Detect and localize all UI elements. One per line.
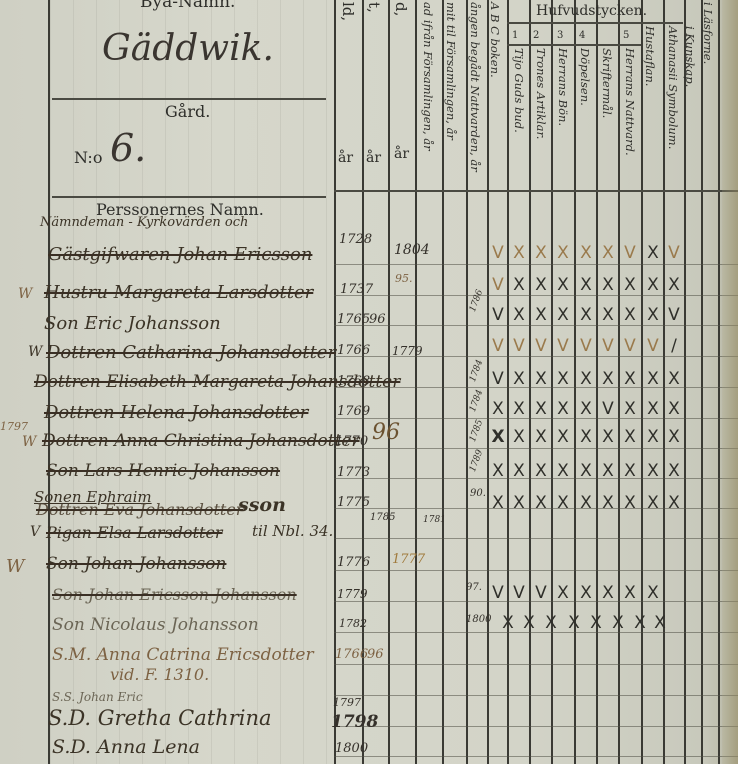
mark: X bbox=[663, 428, 685, 446]
person-name: S.S. Johan Eric bbox=[52, 690, 143, 704]
header-communion: ången begådt Nattvarden, år bbox=[468, 2, 482, 172]
born-year: 1737 bbox=[340, 282, 373, 297]
mark: X bbox=[552, 428, 574, 446]
mark: X bbox=[642, 494, 664, 512]
farm-number-prefix: N:o bbox=[74, 148, 102, 167]
row-line bbox=[334, 538, 738, 539]
abc-year: 1786 bbox=[468, 288, 485, 313]
header-lords-prayer: Herrans Bön. bbox=[556, 48, 570, 126]
abc-year: 90. bbox=[470, 488, 486, 499]
mark: X bbox=[663, 370, 685, 388]
person-name-suffix: sson bbox=[238, 494, 286, 516]
born-year: 1768 bbox=[337, 374, 370, 389]
person-name: Dottren Anna Christina Johansdotter bbox=[42, 431, 360, 451]
row-line bbox=[334, 695, 738, 696]
mark: X bbox=[619, 276, 641, 294]
main-part-number-2: 2 bbox=[533, 30, 539, 41]
col2-value: 96 bbox=[367, 647, 384, 662]
mark: X bbox=[597, 428, 619, 446]
header-athanasian: Athanasii Symbolum. bbox=[666, 26, 680, 149]
person-reference: vid. F. 1310. bbox=[110, 665, 209, 684]
person-name-overwritten: Dottren Eva Johansdotter bbox=[36, 500, 243, 519]
born-year: 1773 bbox=[337, 465, 370, 480]
mark: / bbox=[663, 337, 685, 355]
mark: V bbox=[487, 337, 509, 355]
row-line bbox=[334, 325, 738, 326]
mark: V bbox=[552, 337, 574, 355]
person-name: Pigan Elsa Larsdotter bbox=[46, 523, 223, 542]
village-divider bbox=[52, 98, 326, 100]
mark: X bbox=[663, 400, 685, 418]
mark: X bbox=[619, 462, 641, 480]
person-name: S.D. Gretha Cathrina bbox=[48, 706, 272, 730]
mark: X bbox=[585, 614, 607, 632]
born-year: 1800 bbox=[335, 741, 368, 756]
mark: V bbox=[487, 306, 509, 324]
mark: X bbox=[508, 276, 530, 294]
header-bottom-line bbox=[334, 190, 738, 192]
communion-year: 1781 bbox=[423, 515, 446, 525]
mark: V bbox=[487, 584, 509, 602]
col2-value: 1785 bbox=[370, 512, 395, 523]
born-year: 1769 bbox=[337, 404, 370, 419]
margin-mark: W bbox=[28, 344, 42, 360]
mark: X bbox=[575, 276, 597, 294]
mark: X bbox=[597, 370, 619, 388]
mark: V bbox=[487, 244, 509, 262]
mark: V bbox=[530, 584, 552, 602]
mark: X bbox=[642, 428, 664, 446]
born-year: 1770 bbox=[335, 434, 368, 449]
mark: X bbox=[629, 614, 651, 632]
mark: X bbox=[575, 584, 597, 602]
margin-mark: W bbox=[18, 286, 32, 302]
mark: X bbox=[619, 306, 641, 324]
mark: X bbox=[508, 428, 530, 446]
header-main-parts-group: Hufvudstycken. bbox=[536, 3, 647, 19]
mark: V bbox=[663, 244, 685, 262]
main-part-number-1: 1 bbox=[512, 30, 518, 41]
mark: X bbox=[642, 276, 664, 294]
farm-label: Gård. bbox=[165, 102, 210, 121]
mark: X bbox=[530, 370, 552, 388]
mark: X bbox=[530, 400, 552, 418]
margin-mark: W bbox=[6, 556, 25, 577]
mark: X bbox=[552, 276, 574, 294]
year-unit-3: år bbox=[394, 146, 409, 162]
main-part-number-3: 3 bbox=[557, 30, 563, 41]
mark: X bbox=[530, 306, 552, 324]
mark: V bbox=[663, 306, 685, 324]
person-name: Dottren Catharina Johansdotter bbox=[46, 342, 336, 363]
header-baptism: Döpelsen. bbox=[578, 48, 592, 106]
mark: X bbox=[619, 400, 641, 418]
mark: X bbox=[575, 462, 597, 480]
person-name: Hustru Margareta Larsdotter bbox=[44, 282, 313, 303]
mark: V bbox=[642, 337, 664, 355]
mark: X bbox=[642, 584, 664, 602]
mark: X bbox=[619, 584, 641, 602]
mark: X bbox=[575, 370, 597, 388]
mark: X bbox=[575, 400, 597, 418]
mark: V bbox=[487, 370, 509, 388]
mark: X bbox=[487, 428, 509, 446]
header-hustavlan: Hustaflan. bbox=[643, 26, 657, 86]
row-line bbox=[334, 295, 738, 296]
mark: X bbox=[597, 276, 619, 294]
mark: V bbox=[597, 337, 619, 355]
year-unit-2: år bbox=[366, 150, 381, 166]
mark: X bbox=[575, 306, 597, 324]
mark: X bbox=[552, 584, 574, 602]
farm-divider bbox=[52, 196, 326, 198]
person-name: Son Lars Henric Johansson bbox=[46, 461, 280, 481]
mark: X bbox=[497, 614, 519, 632]
mark: X bbox=[540, 614, 562, 632]
born-year: 1797 bbox=[333, 696, 361, 709]
mark: X bbox=[530, 494, 552, 512]
mark: X bbox=[649, 614, 671, 632]
abc-year: 1789 bbox=[468, 448, 485, 473]
person-name: S.D. Anna Lena bbox=[52, 736, 200, 758]
header-moved-in: mit til Församlingen, år bbox=[444, 2, 458, 140]
year-unit-1: år bbox=[338, 150, 353, 166]
col-line bbox=[701, 0, 703, 764]
page-edge bbox=[722, 0, 738, 764]
mark: X bbox=[663, 494, 685, 512]
mark: X bbox=[530, 276, 552, 294]
mark: X bbox=[597, 462, 619, 480]
abc-year: 1785 bbox=[468, 418, 485, 443]
col-line bbox=[415, 0, 417, 764]
mark: X bbox=[619, 494, 641, 512]
born-year: 1776 bbox=[337, 555, 370, 570]
mark: X bbox=[518, 614, 540, 632]
person-name: S.M. Anna Catrina Ericsdotter bbox=[52, 645, 314, 665]
person-name: Son Eric Johansson bbox=[44, 313, 221, 334]
born-year: 1775 bbox=[337, 495, 370, 510]
header-abc-book: A B C boken. bbox=[488, 2, 502, 78]
header-commandments: Tijo Guds bud. bbox=[512, 48, 526, 133]
abc-year: 1784 bbox=[468, 388, 485, 413]
mark: X bbox=[508, 306, 530, 324]
mark: X bbox=[597, 494, 619, 512]
mark: X bbox=[552, 244, 574, 262]
mark: X bbox=[597, 584, 619, 602]
header-col2-partial: t, bbox=[365, 2, 383, 13]
mark: X bbox=[597, 306, 619, 324]
mark: V bbox=[508, 584, 530, 602]
mark: X bbox=[508, 462, 530, 480]
mark: X bbox=[552, 306, 574, 324]
village-label: Bya-Namn. bbox=[140, 0, 235, 12]
row-line bbox=[334, 664, 738, 665]
mark: X bbox=[552, 462, 574, 480]
main-parts-group-line bbox=[507, 22, 683, 24]
mark: X bbox=[563, 614, 585, 632]
born-year: 1766 bbox=[335, 647, 368, 662]
moved-out-year: 1804 bbox=[394, 242, 430, 258]
row-line bbox=[334, 632, 738, 633]
mark: X bbox=[619, 428, 641, 446]
row-line bbox=[334, 448, 738, 449]
abc-year: 1800 bbox=[466, 614, 491, 625]
header-col3-partial: d, bbox=[392, 2, 410, 16]
mark: X bbox=[642, 370, 664, 388]
mark: X bbox=[663, 462, 685, 480]
header-born-partial: ld, bbox=[339, 2, 357, 21]
col2-value: 96 bbox=[369, 312, 386, 327]
col2-value: 95. bbox=[395, 272, 413, 285]
abc-year: 1784 bbox=[468, 358, 485, 383]
main-part-number-4: 4 bbox=[579, 30, 585, 41]
main-parts-number-line bbox=[507, 44, 641, 46]
mark: X bbox=[552, 400, 574, 418]
header-communion-part: Herrans Nattvard. bbox=[623, 48, 637, 156]
mark: X bbox=[642, 400, 664, 418]
mark: X bbox=[607, 614, 629, 632]
born-year: 1765 bbox=[337, 312, 370, 327]
mark: X bbox=[642, 244, 664, 262]
mark: X bbox=[530, 428, 552, 446]
mark: V bbox=[508, 337, 530, 355]
mark: X bbox=[575, 494, 597, 512]
person-name: Son Nicolaus Johansson bbox=[52, 615, 259, 635]
margin-year: 1797 bbox=[0, 420, 28, 433]
header-moved-out: ad ifrån Församlingen, år bbox=[421, 2, 435, 151]
register-page: Bya-Namn. Gäddwik. Gård. N:o 6. Perssone… bbox=[0, 0, 738, 764]
mark: V bbox=[619, 244, 641, 262]
mark: X bbox=[552, 370, 574, 388]
village-name: Gäddwik. bbox=[102, 28, 274, 69]
farm-number: 6. bbox=[110, 126, 146, 170]
col3-value: 1779 bbox=[392, 344, 423, 358]
mark: X bbox=[508, 244, 530, 262]
abc-year: 97. bbox=[466, 582, 482, 593]
born-year: 1782 bbox=[339, 617, 367, 630]
header-creed: Trones Artiklar. bbox=[534, 48, 548, 139]
row-line bbox=[334, 726, 738, 727]
header-confession: Skriftermål. bbox=[600, 48, 614, 118]
mark: X bbox=[487, 494, 509, 512]
person-name: Gästgifwaren Johan Ericsson bbox=[48, 244, 312, 265]
main-part-number-5: 5 bbox=[623, 30, 629, 41]
mark: X bbox=[575, 428, 597, 446]
mark: V bbox=[575, 337, 597, 355]
margin-mark: W bbox=[22, 434, 36, 450]
born-year: 1779 bbox=[337, 587, 368, 601]
born-year: 1766 bbox=[337, 343, 370, 358]
mark: X bbox=[508, 494, 530, 512]
mark: X bbox=[487, 462, 509, 480]
mark: X bbox=[642, 306, 664, 324]
mark: X bbox=[575, 244, 597, 262]
mark: V bbox=[619, 337, 641, 355]
mark: X bbox=[597, 244, 619, 262]
col-line bbox=[718, 0, 720, 764]
col2-value: 96 bbox=[372, 420, 400, 445]
mark: X bbox=[530, 244, 552, 262]
header-knowledge: i Kunskap. bbox=[683, 26, 697, 87]
person-note: til Nbl. 34. bbox=[252, 522, 333, 540]
mark: X bbox=[642, 462, 664, 480]
mark: V bbox=[597, 400, 619, 418]
header-reading: i Läsforne. bbox=[701, 2, 715, 64]
col3-value: 1777 bbox=[392, 552, 425, 567]
row-line bbox=[334, 264, 738, 265]
born-year: 1728 bbox=[339, 232, 372, 247]
born-year: 1798 bbox=[331, 712, 378, 732]
person-name: Son Johan Johansson bbox=[46, 554, 226, 574]
row-line bbox=[334, 570, 738, 571]
row-line bbox=[334, 756, 738, 757]
mark: X bbox=[619, 370, 641, 388]
mark: X bbox=[530, 462, 552, 480]
mark: X bbox=[487, 400, 509, 418]
mark: X bbox=[508, 400, 530, 418]
person-name: Dottren Helena Johansdotter bbox=[44, 402, 308, 423]
person-title-line: Nämndeman - Kyrkovärden och bbox=[40, 215, 248, 230]
person-name: Son Johan Ericsson Johansson bbox=[52, 585, 297, 604]
mark: X bbox=[663, 276, 685, 294]
mark: X bbox=[552, 494, 574, 512]
mark: X bbox=[508, 370, 530, 388]
mark: V bbox=[530, 337, 552, 355]
mark: V bbox=[487, 276, 509, 294]
